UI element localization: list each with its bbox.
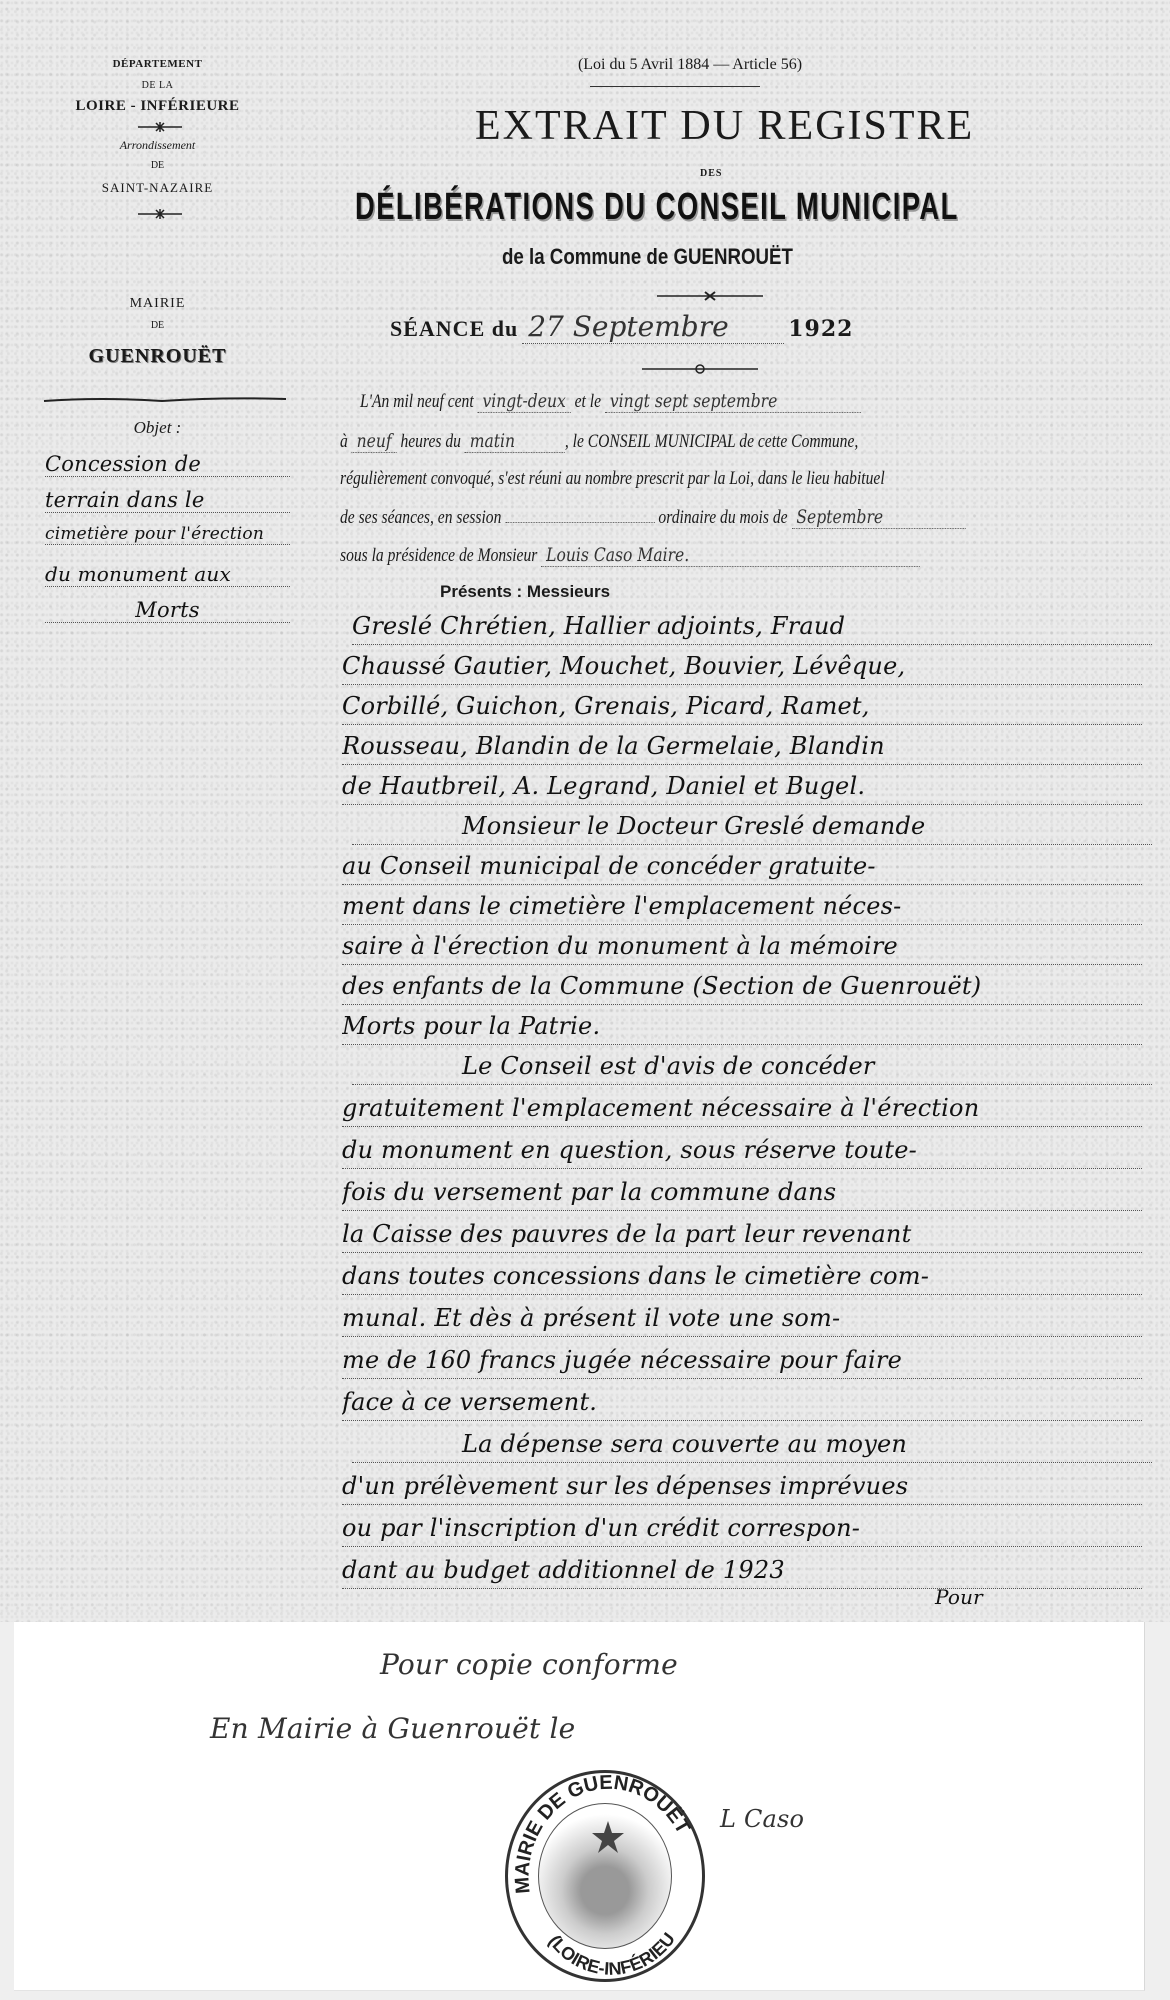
presents-label: Présents : Messieurs [440, 582, 610, 602]
deliberation-line: la Caisse des pauvres de la part leur re… [342, 1216, 1142, 1253]
objet-label: Objet : [40, 418, 275, 438]
preamble-line: de ses séances, en session ordinaire du … [340, 506, 965, 529]
presents-line: Chaussé Gautier, Mouchet, Bouvier, Lévêq… [342, 648, 1142, 685]
presents-line: Greslé Chrétien, Hallier adjoints, Fraud [352, 608, 1152, 645]
deliberation-line: ment dans le cimetière l'emplacement néc… [342, 888, 1142, 925]
de-la-label: DE LA [40, 80, 275, 91]
arrondissement-label: Arrondissement [40, 138, 275, 153]
deliberation-line: gratuitement l'emplacement nécessaire à … [342, 1090, 1142, 1127]
deliberation-line: au Conseil municipal de concéder gratuit… [342, 848, 1142, 885]
objet-line: du monument aux [45, 562, 290, 587]
deliberation-line: dant au budget additionnel de 1923 [342, 1552, 1142, 1589]
deliberation-line: Morts pour la Patrie. [342, 1008, 1142, 1045]
deliberation-line: Monsieur le Docteur Greslé demande [352, 808, 1152, 845]
deliberation-line: La dépense sera couverte au moyen [352, 1426, 1152, 1463]
de2-label: DE [40, 320, 275, 331]
preamble-text: heures du [400, 431, 460, 452]
presents-line: Rousseau, Blandin de la Germelaie, Bland… [342, 728, 1142, 765]
deliberation-line: munal. Et dès à présent il vote une som- [342, 1300, 1142, 1337]
preamble-text: de ses séances, en session [340, 507, 501, 528]
president-field: Louis Caso Maire. [541, 544, 920, 567]
ornament-divider-icon [120, 208, 200, 220]
des-label: DES [700, 168, 722, 179]
certification-place-line: En Mairie à Guenrouët le [210, 1712, 575, 1745]
flourish-divider-icon [42, 396, 288, 406]
objet-line: Morts [45, 598, 290, 623]
preamble-line: régulièrement convoqué, s'est réuni au n… [340, 468, 885, 490]
presents-line: Corbillé, Guichon, Grenais, Picard, Rame… [342, 688, 1142, 725]
arrondissement-name: SAINT-NAZAIRE [40, 180, 275, 196]
objet-line: terrain dans le [45, 488, 290, 513]
commune-line: de la Commune de GUENROUËT [502, 244, 793, 270]
deliberation-line: ou par l'inscription d'un crédit corresp… [342, 1510, 1142, 1547]
deliberation-line: fois du versement par la commune dans [342, 1174, 1142, 1211]
departement-label: DÉPARTEMENT [40, 58, 275, 70]
seal-text-ring: MAIRIE DE GUENROUËT (LOIRE-INFÉRIEURE) [508, 1773, 708, 1985]
objet-line: cimetière pour l'érection [45, 524, 290, 545]
divider [590, 86, 760, 87]
seance-label: SÉANCE du [390, 316, 518, 341]
document-subtitle: DÉLIBÉRATIONS DU CONSEIL MUNICIPAL [355, 186, 959, 229]
deliberation-line: du monument en question, sous réserve to… [342, 1132, 1142, 1169]
ornament-divider-icon [640, 362, 760, 376]
mayor-signature: L Caso [720, 1805, 804, 1833]
month-field: Septembre [791, 506, 965, 529]
deliberation-line: me de 160 francs jugée nécessaire pour f… [342, 1342, 1142, 1379]
deliberation-line: saire à l'érection du monument à la mémo… [342, 928, 1142, 965]
preamble-line: à neuf heures du matin, le CONSEIL MUNIC… [340, 430, 858, 453]
seance-year: 1922 [788, 316, 853, 342]
objet-line: Concession de [45, 452, 290, 477]
preamble-text: sous la présidence de Monsieur [340, 545, 537, 566]
law-reference: (Loi du 5 Avril 1884 — Article 56) [520, 56, 860, 74]
deliberation-line: face à ce versement. [342, 1384, 1142, 1421]
hour-field: neuf [352, 430, 397, 453]
commune-name: GUENROUËT [40, 345, 275, 368]
session-field [505, 522, 654, 523]
region-label: LOIRE - INFÉRIEURE [40, 98, 275, 115]
preamble-line: sous la présidence de Monsieur Louis Cas… [340, 544, 920, 567]
ornament-divider-icon [120, 121, 200, 133]
deliberation-line: des enfants de la Commune (Section de Gu… [342, 968, 1142, 1005]
deliberation-line: Le Conseil est d'avis de concéder [352, 1048, 1152, 1085]
seance-date-field: 27 Septembre [522, 310, 784, 344]
preamble-text: L'An mil neuf cent [360, 391, 474, 412]
preamble-text: et le [575, 391, 601, 412]
ornament-divider-icon [655, 290, 765, 302]
mairie-label: MAIRIE [40, 296, 275, 312]
date-field: vingt sept septembre [605, 390, 861, 413]
presents-line: de Hautbreil, A. Legrand, Daniel et Buge… [342, 768, 1142, 805]
certification-line: Pour copie conforme [380, 1648, 678, 1681]
mairie-seal-stamp: MAIRIE DE GUENROUËT (LOIRE-INFÉRIEURE) [505, 1770, 705, 1982]
preamble-text: à [340, 431, 348, 452]
preamble-text: ordinaire du mois de [658, 507, 787, 528]
seance-line: SÉANCE du 27 Septembre 1922 [390, 310, 853, 344]
deliberation-line: dans toutes concessions dans le cimetièr… [342, 1258, 1142, 1295]
catchword: Pour [935, 1585, 983, 1609]
document-title: EXTRAIT DU REGISTRE [475, 102, 974, 150]
preamble-line: L'An mil neuf cent vingt-deux et le ving… [360, 390, 861, 413]
year-field: vingt-deux [478, 390, 571, 413]
de-label: DE [40, 160, 275, 171]
deliberation-line: d'un prélèvement sur les dépenses imprév… [342, 1468, 1142, 1505]
preamble-text: , le CONSEIL MUNICIPAL de cette Commune, [565, 431, 858, 452]
time-of-day-field: matin [465, 430, 565, 453]
